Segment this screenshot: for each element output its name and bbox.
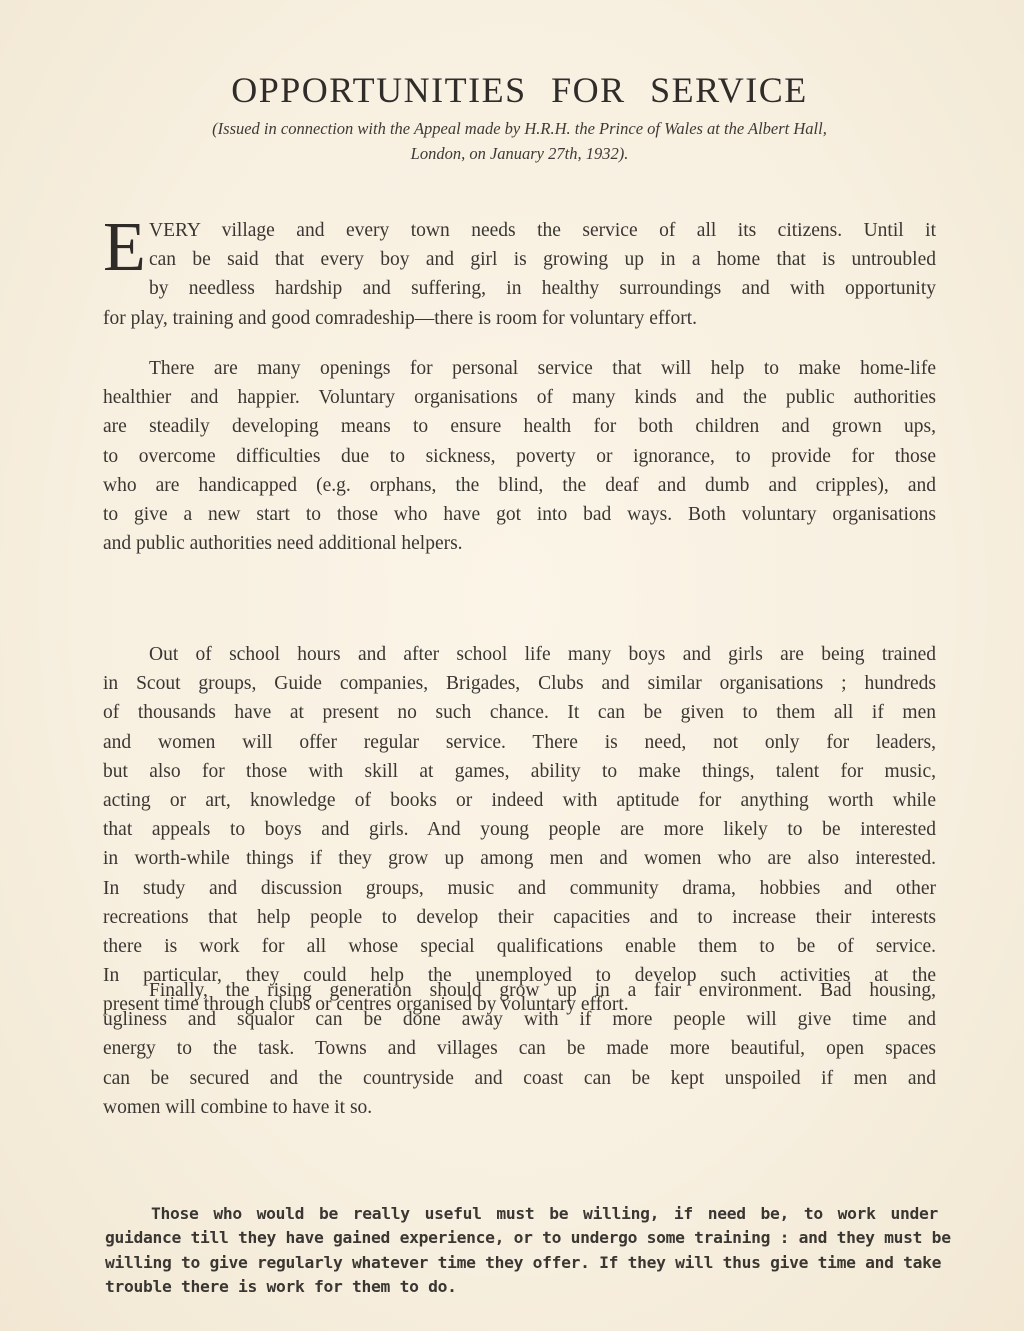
text-line: can be secured and the countryside and c… [103,1064,936,1093]
page-title: OPPORTUNITIES FOR SERVICE [103,66,936,114]
text-line: are steadily developing means to ensure … [103,412,936,441]
paragraph-environment: Finally, the rising generation should gr… [103,976,936,1122]
text-line: In study and discussion groups, music an… [103,874,936,903]
text-line: trouble there is work for them to do. [105,1275,938,1299]
text-line: can be said that every boy and girl is g… [103,245,936,274]
page-subtitle: (Issued in connection with the Appeal ma… [103,116,936,166]
text-line: that appeals to boys and girls. And youn… [103,815,936,844]
text-line: to overcome difficulties due to sickness… [103,442,936,471]
text-line: in worth-while things if they grow up am… [103,844,936,873]
paragraph-intro: E VERY village and every town needs the … [103,216,936,333]
text-line: of thousands have at present no such cha… [103,698,936,727]
text-line: willing to give regularly whatever time … [105,1251,938,1275]
text-line: but also for those with skill at games, … [103,757,936,786]
text-line: in Scout groups, Guide companies, Brigad… [103,669,936,698]
text-line: guidance till they have gained experienc… [105,1226,938,1250]
paragraph-closing-note: Those who would be really useful must be… [105,1202,938,1299]
text-line: Out of school hours and after school lif… [103,640,936,669]
text-line: energy to the task. Towns and villages c… [103,1034,936,1063]
text-line: by needless hardship and suffering, in h… [103,274,936,303]
text-line: Finally, the rising generation should gr… [103,976,936,1005]
text-line: healthier and happier. Voluntary organis… [103,383,936,412]
text-line: for play, training and good comradeship—… [103,304,936,333]
text-line: There are many openings for personal ser… [103,354,936,383]
paragraph-youth-groups: Out of school hours and after school lif… [103,640,936,1020]
text-line: acting or art, knowledge of books or ind… [103,786,936,815]
subtitle-line: London, on January 27th, 1932). [103,141,936,166]
text-line: who are handicapped (e.g. orphans, the b… [103,471,936,500]
text-line: to give a new start to those who have go… [103,500,936,529]
text-line: women will combine to have it so. [103,1093,936,1122]
text-line: recreations that help people to develop … [103,903,936,932]
drop-cap: E [103,220,146,276]
text-line: Those who would be really useful must be… [105,1202,938,1226]
text-line: and women will offer regular service. Th… [103,728,936,757]
subtitle-line: (Issued in connection with the Appeal ma… [103,116,936,141]
text-line: VERY village and every town needs the se… [103,216,936,245]
text-line: there is work for all whose special qual… [103,932,936,961]
paragraph-personal-service: There are many openings for personal ser… [103,354,936,558]
text-line: ugliness and squalor can be done away wi… [103,1005,936,1034]
document-page: OPPORTUNITIES FOR SERVICE (Issued in con… [103,66,936,166]
text-line: and public authorities need additional h… [103,529,936,558]
